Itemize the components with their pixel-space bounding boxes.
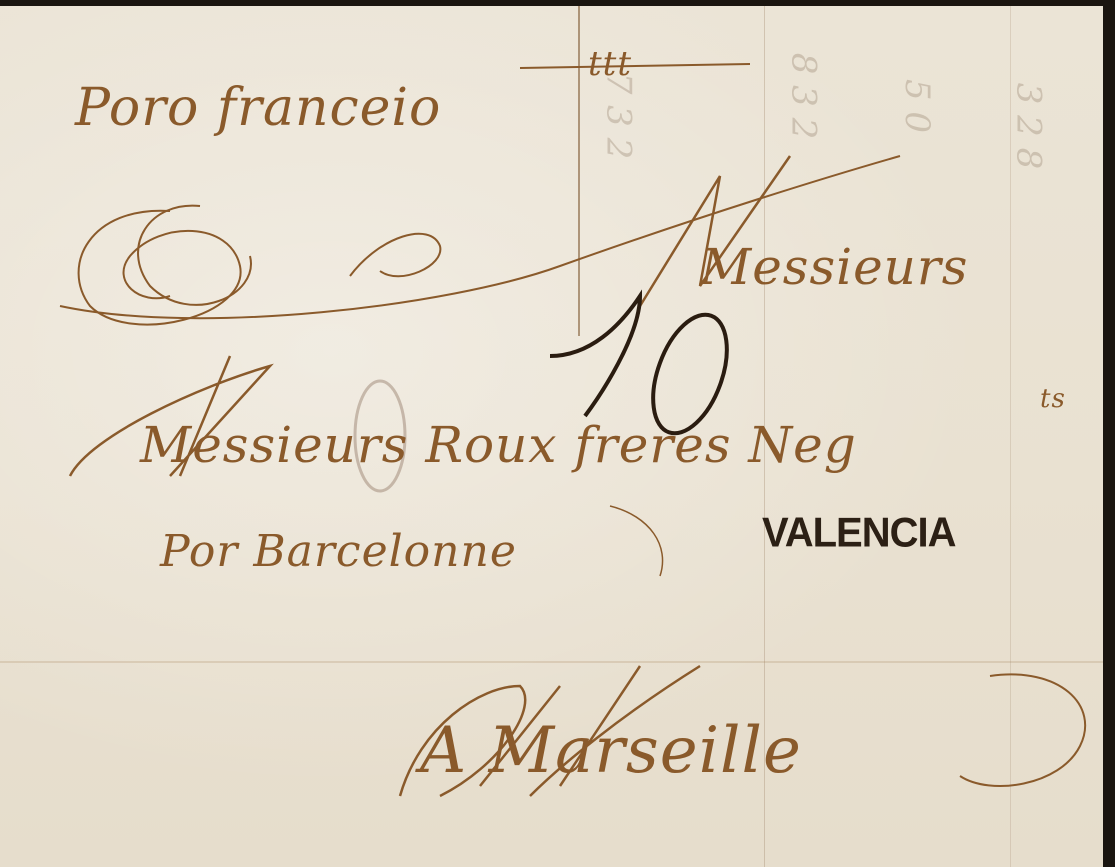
address-line-messieurs: Messieurs	[700, 238, 968, 296]
top-mark: ttt	[588, 44, 632, 84]
valencia-postmark: VALENCIA	[762, 510, 955, 557]
franco-annotation: Poro franceio	[75, 78, 441, 138]
address-line-addressee: Messieurs Roux freres Neg	[140, 416, 857, 474]
letter-cover: 7 3 2 8 3 2 5 0 3 2 8 Poro franceio ttt …	[0, 6, 1103, 867]
address-city: A Marseille	[420, 714, 802, 788]
address-line-suffix: ts	[1040, 384, 1066, 414]
address-line-route: Por Barcelonne	[160, 526, 517, 577]
